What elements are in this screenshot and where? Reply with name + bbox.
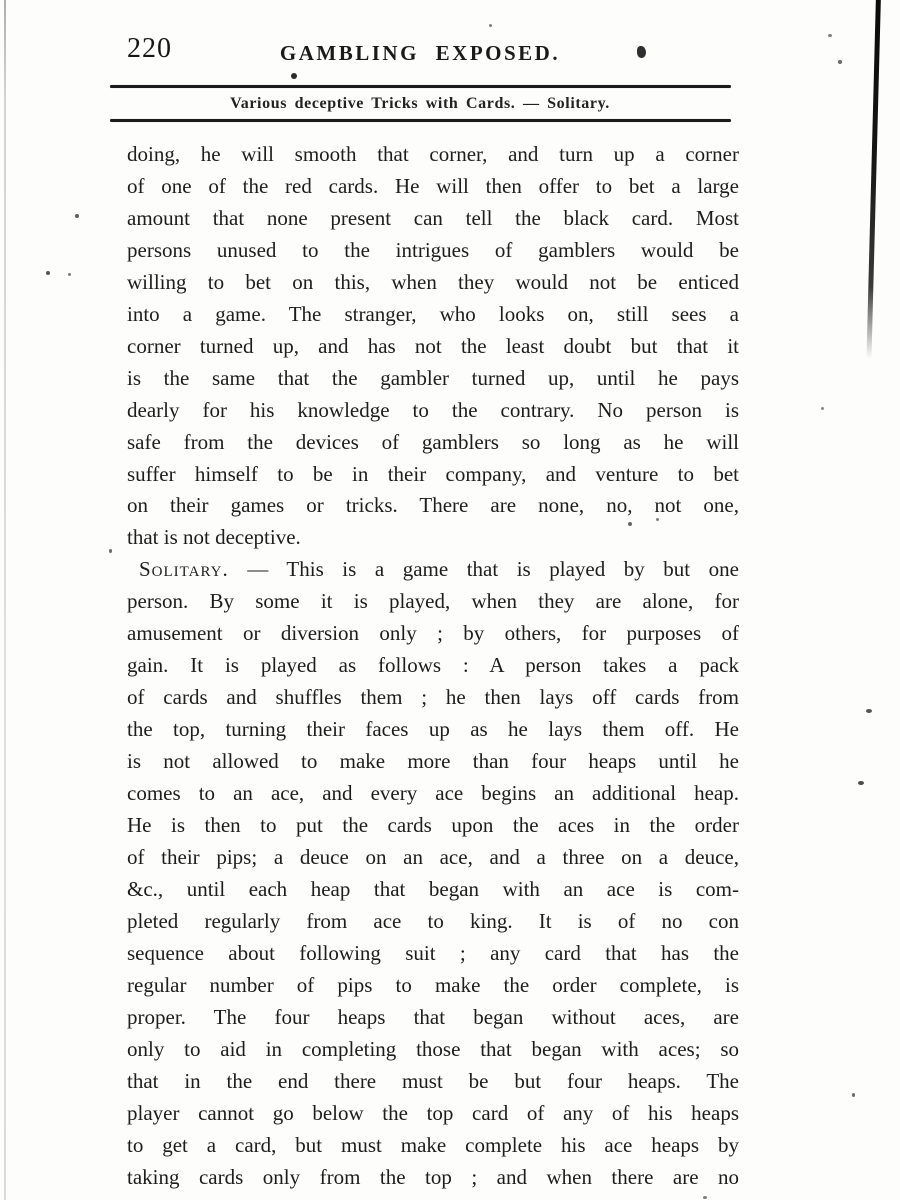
ink-speck [858,781,864,785]
text-line: comes to an ace, and every ace begins an… [127,778,739,810]
text-line: gain. It is played as follows : A person… [127,650,739,682]
ink-speck [46,271,50,275]
section-head: Various deceptive Tricks with Cards. — S… [110,95,730,113]
header-rule-top [110,85,731,88]
text-line: &c., until each heap that began with an … [127,874,739,906]
text-line: on their games or tricks. There are none… [127,490,739,522]
header-rule-bottom [110,119,731,122]
ink-speck [821,407,824,410]
ink-speck [68,273,71,276]
solitary-heading-word: Solitary. [139,557,229,581]
text-line: is the same that the gambler turned up, … [127,363,739,395]
scanned-book-page: { "header": { "page_number": "220", "run… [0,0,900,1200]
ink-speck [628,522,632,526]
scan-edge-line-left [4,0,6,1200]
text-line: proper. The four heaps that began withou… [127,1002,739,1034]
text-line: He is then to put the cards upon the ace… [127,810,739,842]
text-line: corner turned up, and has not the least … [127,331,739,363]
text-line: that in the end there must be but four h… [127,1066,739,1098]
text-line: to get a card, but must make complete hi… [127,1130,739,1162]
text-line: safe from the devices of gamblers so lon… [127,427,739,459]
text-line: of cards and shuffles them ; he then lay… [127,682,739,714]
body-text-column: doing, he will smooth that corner, and t… [127,139,739,1193]
text-line: willing to bet on this, when they would … [127,267,739,299]
ink-speck [291,73,297,79]
text-line: amusement or diversion only ; by others,… [127,618,739,650]
text-line: the top, turning their faces up as he la… [127,714,739,746]
text-line: player cannot go below the top card of a… [127,1098,739,1130]
text-line: is not allowed to make more than four he… [127,746,739,778]
ink-speck [852,1093,855,1097]
ink-speck [866,709,872,713]
ink-speck [489,24,492,27]
ink-speck [828,34,832,37]
text-line: taking cards only from the top ; and whe… [127,1162,739,1194]
text-line: amount that none present can tell the bl… [127,203,739,235]
text-line: sequence about following suit ; any card… [127,938,739,970]
text-line-rest: — This is a game that is played by but o… [229,557,739,581]
text-line: pleted regularly from ace to king. It is… [127,906,739,938]
ink-speck [656,518,659,521]
text-line: only to aid in completing those that beg… [127,1034,739,1066]
text-line: doing, he will smooth that corner, and t… [127,139,739,171]
text-line: suffer himself to be in their company, a… [127,459,739,491]
text-line: person. By some it is played, when they … [127,586,739,618]
text-line: into a game. The stranger, who looks on,… [127,299,739,331]
text-line: of their pips; a deuce on an ace, and a … [127,842,739,874]
ink-speck [637,46,646,58]
ink-speck [109,549,112,553]
text-line: of one of the red cards. He will then of… [127,171,739,203]
text-line: persons unused to the intrigues of gambl… [127,235,739,267]
text-line: regular number of pips to make the order… [127,970,739,1002]
ink-speck [75,214,79,218]
scan-edge-line-right [866,0,881,359]
text-line-paragraph-start: Solitary. — This is a game that is playe… [127,554,739,586]
text-line-paragraph-end: that is not deceptive. [127,522,739,554]
ink-speck [703,1196,707,1199]
ink-speck [838,60,842,64]
text-line: dearly for his knowledge to the contrary… [127,395,739,427]
